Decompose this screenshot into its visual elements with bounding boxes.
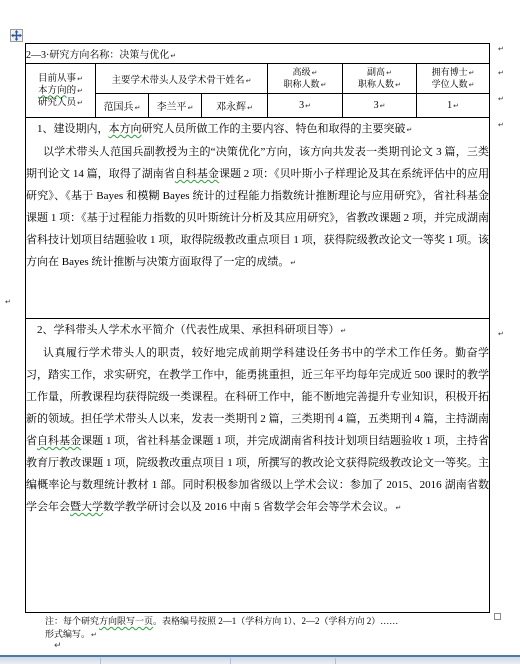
table-note[interactable]: 注：每个研究方向限写一页。表格编号按照 2—1（学科方向 1）、2—2（学科方向…: [45, 615, 485, 642]
table-resize-handle[interactable]: [494, 613, 501, 620]
section2-heading: 2、学科带头人学术水平简介（代表性成果、承担科研项目等）↵: [26, 319, 489, 342]
leader-name-1[interactable]: 范国兵↵: [96, 94, 149, 118]
section1-heading: 1、建设期内，本方向研究人员所做工作的主要内容、特色和取得的主要突破↵: [26, 118, 489, 141]
status-bar-separator: [230, 658, 231, 664]
senior-count-value[interactable]: 3↵: [268, 94, 343, 118]
leader-name-2[interactable]: 李兰平↵: [149, 94, 202, 118]
header-current-researchers[interactable]: 目前从事↵本方向的↵研究人员↵: [26, 64, 96, 118]
paragraph-mark: ↵: [5, 298, 11, 306]
table-move-handle[interactable]: [10, 29, 23, 42]
row-end-mark: ↵: [498, 69, 504, 77]
header-phd-count[interactable]: 拥有博士↵学位人数↵: [417, 64, 490, 94]
section2-body: 认真履行学术带头人的职责，较好地完成前期学科建设任务书中的学术工作任务。勤奋学习…: [26, 342, 489, 519]
direction-title-cell[interactable]: 2—3·研究方向名称：决策与优化↵: [26, 44, 490, 64]
row-end-mark: ↵: [498, 95, 504, 103]
deputy-count-value[interactable]: 3↵: [343, 94, 417, 118]
section1-cell[interactable]: 1、建设期内，本方向研究人员所做工作的主要内容、特色和取得的主要突破↵ 以学术带…: [26, 118, 490, 319]
header-academic-leaders[interactable]: 主要学术带头人及学术骨干姓名↵: [96, 64, 268, 94]
header-senior-title-count[interactable]: 高级↵职称人数↵: [268, 64, 343, 94]
section2-cell[interactable]: 2、学科带头人学术水平简介（代表性成果、承担科研项目等）↵ 认真履行学术带头人的…: [26, 319, 490, 613]
pilcrow-mark: ↵: [54, 641, 62, 651]
leader-name-3[interactable]: 邓永辉↵: [202, 94, 268, 118]
status-bar-separator: [335, 658, 336, 664]
section1-body: 以学术带头人范国兵副教授为主的“决策优化”方向，该方向共发表一类期刊论文 3 篇…: [26, 141, 489, 274]
research-direction-table: 2—3·研究方向名称：决策与优化↵ 目前从事↵本方向的↵研究人员↵ 主要学术带头…: [25, 43, 490, 613]
phd-count-value[interactable]: 1↵: [417, 94, 490, 118]
status-bar: [0, 655, 520, 664]
row-end-mark: ↵: [498, 121, 504, 129]
status-bar-separator: [100, 658, 101, 664]
row-end-mark: ↵: [498, 330, 504, 338]
move-cross-icon: [11, 30, 22, 41]
word-document-page: 2—3·研究方向名称：决策与优化↵ 目前从事↵本方向的↵研究人员↵ 主要学术带头…: [0, 0, 520, 664]
row-end-mark: ↵: [498, 45, 504, 53]
header-deputy-senior-count[interactable]: 副高↵职称人数↵: [343, 64, 417, 94]
